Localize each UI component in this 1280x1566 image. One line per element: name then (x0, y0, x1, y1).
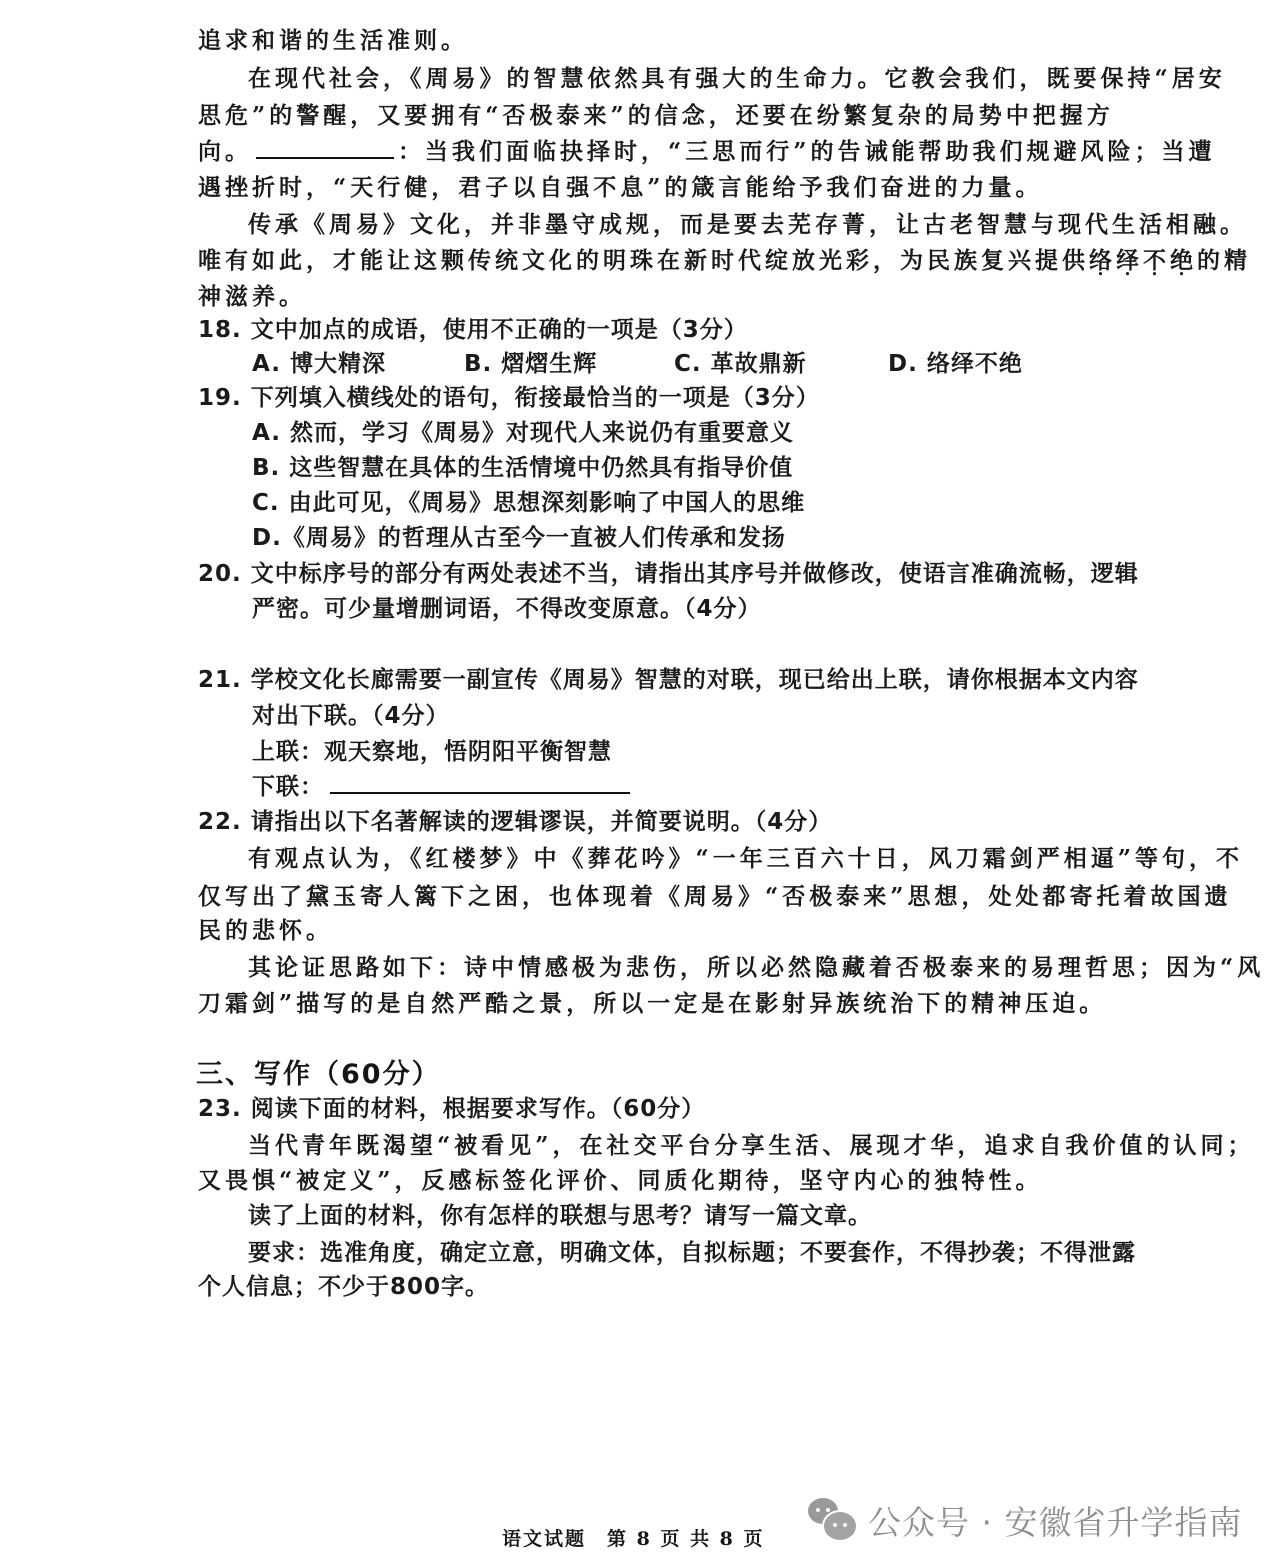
question-19-stem: 19. 下列填入横线处的语句，衔接最恰当的一项是（3分） (198, 381, 1153, 415)
page-footer: 语文试题 第 8 页 共 8 页 (502, 1524, 765, 1551)
option-c: C. 由此可见，《周易》思想深刻影响了中国人的思维 (252, 486, 1207, 520)
question-20-stem-cont: 严密。可少量增删词语，不得改变原意。（4分） (252, 592, 1207, 626)
exam-page: 追求和谐的生活准则。 在现代社会，《周易》的智慧依然具有强大的生命力。它教会我们… (0, 0, 1280, 1566)
passage-line: 传承《周易》文化，并非墨守成规，而是要去芜存菁，让古老智慧与现代生活相融。 (248, 208, 1203, 242)
writing-requirements: 要求：选准角度，确定立意，明确文体，自拟标题；不要套作，不得抄袭；不得泄露 (248, 1236, 1203, 1270)
watermark: 公众号 · 安徽省升学指南 (806, 1494, 1242, 1546)
question-21-stem-cont: 对出下联。（4分） (252, 699, 1207, 733)
q22-material-line: 其论证思路如下：诗中情感极为悲伤，所以必然隐藏着否极泰来的易理哲思；因为“风 (248, 951, 1203, 985)
writing-prompt: 读了上面的材料，你有怎样的联想与思考？请写一篇文章。 (248, 1199, 1203, 1233)
writing-requirements-cont: 个人信息；不少于800字。 (198, 1270, 1153, 1304)
passage-line: 在现代社会，《周易》的智慧依然具有强大的生命力。它教会我们，既要保持“居安 (248, 62, 1203, 96)
fill-in-blank (256, 135, 394, 159)
passage-line: 遇挫折时，“天行健，君子以自强不息”的箴言能给予我们奋进的力量。 (198, 171, 1153, 205)
q22-material-line: 民的悲怀。 (198, 914, 1153, 948)
passage-line-with-dotted-idiom: 唯有如此，才能让这颗传统文化的明珠在新时代绽放光彩，为民族复兴提供络绎不绝的精 (198, 244, 1153, 278)
option-a: A. 博大精深 (252, 347, 386, 381)
writing-material-line: 当代青年既渴望“被看见”，在社交平台分享生活、展现才华，追求自我价值的认同； (248, 1129, 1203, 1163)
dotted-char: 绝 (1170, 247, 1197, 274)
couplet-lower-label: 下联： (252, 774, 324, 800)
option-d: D. 络绎不绝 (888, 347, 1023, 381)
passage-text: 向。 (198, 138, 252, 165)
question-18-stem: 18. 文中加点的成语，使用不正确的一项是（3分） (198, 313, 1153, 347)
passage-text: 唯有如此，才能让这颗传统文化的明珠在新时代绽放光彩，为民族复兴提供 (198, 247, 1089, 274)
question-23-stem: 23. 阅读下面的材料，根据要求写作。（60分） (198, 1092, 1153, 1126)
passage-line: 思危”的警醒，又要拥有“否极泰来”的信念，还要在纷繁复杂的局势中把握方 (198, 99, 1153, 133)
question-22-stem: 22. 请指出以下名著解读的逻辑谬误，并简要说明。（4分） (198, 805, 1153, 839)
passage-line: 追求和谐的生活准则。 (198, 24, 1153, 58)
passage-line-with-blank: 向。：当我们面临抉择时，“三思而行”的告诫能帮助我们规避风险；当遭 (198, 135, 1153, 169)
question-20-stem: 20. 文中标序号的部分有两处表述不当，请指出其序号并做修改，使语言准确流畅，逻… (198, 557, 1153, 591)
passage-text: ：当我们面临抉择时，“三思而行”的告诫能帮助我们规避风险；当遭 (398, 138, 1215, 165)
q22-material-line: 仅写出了黛玉寄人篱下之困，也体现着《周易》“否极泰来”思想，处处都寄托着故国遗 (198, 880, 1153, 914)
wechat-icon (806, 1494, 858, 1546)
dotted-char: 络 (1089, 247, 1116, 274)
section-title-writing: 三、写作（60分） (196, 1052, 441, 1091)
option-b: B. 这些智慧在具体的生活情境中仍然具有指导价值 (252, 451, 1207, 485)
writing-material-line: 又畏惧“被定义”，反感标签化评价、同质化期待，坚守内心的独特性。 (198, 1164, 1153, 1198)
answer-blank (330, 770, 630, 794)
passage-line: 神滋养。 (198, 280, 1153, 314)
option-c: C. 革故鼎新 (674, 347, 807, 381)
question-21-stem: 21. 学校文化长廊需要一副宣传《周易》智慧的对联，现已给出上联，请你根据本文内… (198, 663, 1153, 697)
q22-material-line: 刀霜剑”描写的是自然严酷之景，所以一定是在影射异族统治下的精神压迫。 (198, 987, 1153, 1021)
dotted-char: 不 (1143, 247, 1170, 274)
option-d: D.《周易》的哲理从古至今一直被人们传承和发扬 (252, 521, 1207, 555)
passage-text: 的精 (1197, 247, 1251, 274)
q22-material-line: 有观点认为，《红楼梦》中《葬花吟》“一年三百六十日，风刀霜剑严相逼”等句，不 (248, 842, 1203, 876)
couplet-lower: 下联： (252, 770, 1207, 804)
watermark-text: 公众号 · 安徽省升学指南 (868, 1497, 1242, 1544)
option-a: A. 然而，学习《周易》对现代人来说仍有重要意义 (252, 416, 1207, 450)
dotted-char: 绎 (1116, 247, 1143, 274)
option-b: B. 熠熠生辉 (464, 347, 597, 381)
couplet-upper: 上联：观天察地，悟阴阳平衡智慧 (252, 735, 1207, 769)
